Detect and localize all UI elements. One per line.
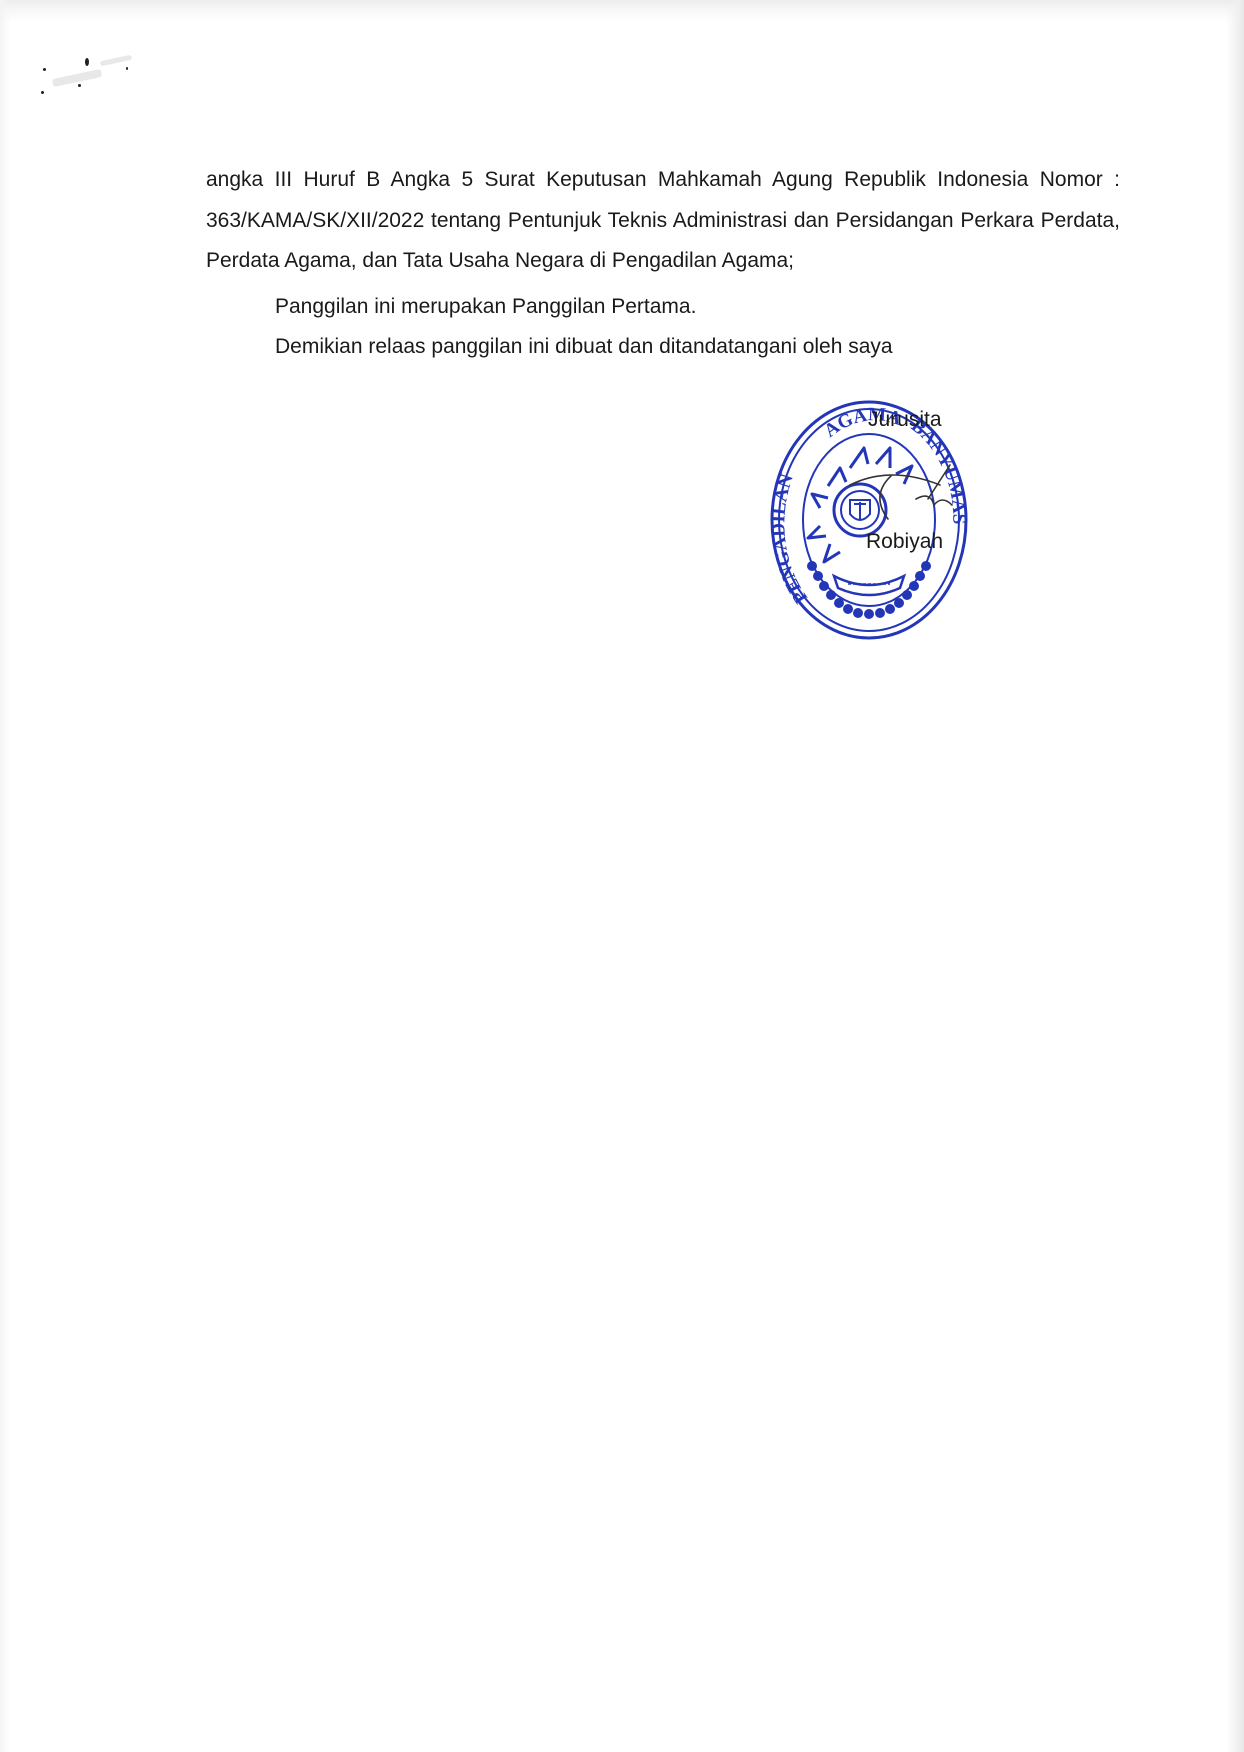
scan-edge-right xyxy=(1226,0,1244,1752)
paragraph-call-statement: Panggilan ini merupakan Panggilan Pertam… xyxy=(206,287,1120,328)
signer-name: Robiyah xyxy=(866,530,943,554)
paragraph-closing-statement: Demikian relaas panggilan ini dibuat dan… xyxy=(206,327,1120,368)
document-body: angka III Huruf B Angka 5 Surat Keputusa… xyxy=(206,160,1120,368)
paragraph-legal-basis: angka III Huruf B Angka 5 Surat Keputusa… xyxy=(206,160,1120,282)
signature-scribble-icon xyxy=(830,455,960,535)
scan-edge-left xyxy=(0,0,10,1752)
document-page: angka III Huruf B Angka 5 Surat Keputusa… xyxy=(0,0,1244,1752)
signer-title: Jurusita xyxy=(868,408,942,432)
